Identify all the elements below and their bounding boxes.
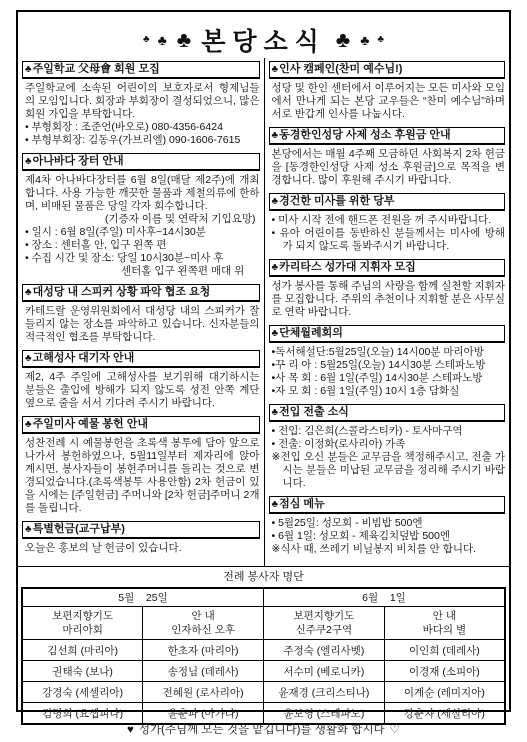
body-line: •독서해설단:5월25일(오늘) 14시00분 마리아방 — [272, 346, 506, 359]
roster-col-header: 보편지향기도 마리아회 — [22, 607, 143, 640]
table-row: 김명희 (요셉피나) 윤춘파 (아가다) 윤보영 (스테파노) 강춘자 (세실리… — [22, 703, 505, 725]
heart-outline-icon: ♡ — [390, 724, 400, 736]
section-title: ♣경건한 미사를 위한 당부 — [269, 193, 506, 211]
body-line: •꾸 리 아 : 5월25일(오늘) 14시30분 스테파노방 — [272, 359, 506, 372]
body-line: • 5월25일: 성모회 - 비빔밥 500엔 — [272, 517, 506, 530]
roster-name: 강경숙 (세셀리아) — [22, 682, 143, 703]
body-line: ※식사 때, 쓰레기 비닐봉지 비치를 안 합니다. — [272, 543, 506, 556]
roster-table: 5월 25일 6월 1일 보편지향기도 마리아회 안 내 인자하신 오후 보편지… — [21, 587, 506, 725]
columns: ♣주일학교 父母會 회원 모집 주일학교에 소속된 어린이의 보호자로서 형제님… — [18, 58, 509, 567]
body-line: • 부형회장 : 조준언(바오로) 080-4356-6424 — [25, 121, 260, 134]
club-icon: ♣ — [25, 287, 32, 298]
club-icon: ♣ — [272, 64, 279, 75]
club-icon: ♣ — [25, 64, 32, 75]
right-column: ♣인사 캠페인(찬미 예수님!) 성당 및 한인 센터에서 이루어지는 모든 미… — [264, 58, 510, 566]
section-body: 성찬전례 시 예물봉헌을 초록색 봉투에 담아 앞으로 나가서 봉헌하였으나, … — [22, 434, 260, 515]
body-line: 제4차 아나바다장터를 6월 8일(매달 제2주)에 개최합니다. 사용 가능한… — [25, 174, 260, 213]
section-body: • 미사 시작 전에 핸드폰 전원을 꺼 주시바랍니다. • 유아 어린이를 동… — [269, 211, 506, 253]
section-offering-procedure: ♣주일미사 예물 봉헌 안내 성찬전례 시 예물봉헌을 초록색 봉투에 담아 앞… — [22, 416, 260, 515]
section-flea-market: ♣아나바다 장터 안내 제4차 아나바다장터를 6월 8일(매달 제2주)에 개… — [22, 153, 260, 278]
roster-name: 윤보영 (스테파노) — [264, 703, 385, 725]
section-title-text: 고해성사 대기자 안내 — [33, 352, 135, 364]
club-icon: ♣ — [177, 29, 191, 51]
section-confession-queue: ♣고해성사 대기자 안내 제2, 4주 주일에 고해성사를 보기위해 대기하시는… — [22, 350, 260, 410]
roster-name: 강춘자 (세실리아) — [384, 703, 505, 725]
footer: ♥성가(주님께 모든 것을 맡깁니다)를 생활화 합시다♡ — [0, 722, 527, 738]
roster-name: 권태숙 (보나) — [22, 661, 143, 682]
section-title: ♣전입 전출 소식 — [269, 404, 506, 422]
section-title-text: 특별헌금(교구납부) — [33, 523, 125, 535]
roster-date-jun1: 6월 1일 — [264, 588, 506, 607]
club-icon: ♣ — [272, 328, 279, 339]
section-title-text: 전입 전출 소식 — [279, 406, 349, 418]
left-column: ♣주일학교 父母會 회원 모집 주일학교에 소속된 어린이의 보호자로서 형제님… — [18, 58, 264, 566]
body-line: 카테드랄 운영위원회에서 대성당 내의 스피커가 잘 들리지 않는 장소를 파악… — [25, 305, 260, 344]
body-line: • 장소 : 센터홀 안, 입구 왼쪽 편 — [25, 239, 260, 252]
masthead: ♣♣♣본당소식♣♣♣ — [18, 12, 509, 58]
roster-area: 전례 봉사자 명단 5월 25일 6월 1일 보편지향기도 마리아회 안 내 인… — [18, 567, 509, 725]
section-body: •독서해설단:5월25일(오늘) 14시00분 마리아방 •꾸 리 아 : 5월… — [269, 343, 506, 398]
section-title: ♣점심 메뉴 — [269, 496, 506, 514]
section-body: • 전입: 김은희(스콜라스티카) - 토사마구역 • 전출: 이정화(로사리아… — [269, 422, 506, 490]
section-monthly-meetings: ♣단체월례회의 •독서해설단:5월25일(오늘) 14시00분 마리아방 •꾸 … — [269, 325, 506, 398]
body-line: 성찬전례 시 예물봉헌을 초록색 봉투에 담아 앞으로 나가서 봉헌하였으나, … — [25, 437, 260, 515]
section-title-text: 단체월례회의 — [279, 327, 343, 339]
roster-name: 이계순 (레미지아) — [384, 682, 505, 703]
page-frame: ♣♣♣본당소식♣♣♣ ♣주일학교 父母會 회원 모집 주일학교에 소속된 어린이… — [16, 10, 511, 712]
roster-name: 김선희 (마리아) — [22, 640, 143, 661]
section-body: 성당 및 한인 센터에서 이루어지는 모든 미사와 모임에서 만나게 되는 본당… — [269, 79, 506, 121]
section-parents-assoc: ♣주일학교 父母會 회원 모집 주일학교에 소속된 어린이의 보호자로서 형제님… — [22, 61, 260, 147]
section-lunch-menu: ♣점심 메뉴 • 5월25일: 성모회 - 비빔밥 500엔 • 6월 1일: … — [269, 496, 506, 556]
club-icon: ♣ — [272, 262, 279, 273]
body-line: 본당에서는 매월 4주째 모금하던 사회복지 2차 헌금을 [동경한인성당 사제… — [272, 148, 506, 187]
body-line: • 유아 어린이를 동반하신 분들께서는 미사에 방해가 되지 않도록 돌봐주시… — [272, 227, 506, 253]
section-reverent-mass: ♣경건한 미사를 위한 당부 • 미사 시작 전에 핸드폰 전원을 꺼 주시바랍… — [269, 193, 506, 253]
club-icon: ♣ — [377, 35, 384, 45]
section-special-offering: ♣특별헌금(교구납부) 오늘은 홍보의 날 헌금이 있습니다. — [22, 521, 260, 555]
club-icon: ♣ — [25, 524, 32, 535]
section-greeting-campaign: ♣인사 캠페인(찬미 예수님!) 성당 및 한인 센터에서 이루어지는 모든 미… — [269, 61, 506, 121]
section-title: ♣인사 캠페인(찬미 예수님!) — [269, 61, 506, 79]
section-title-text: 주일미사 예물 봉헌 안내 — [33, 418, 148, 430]
club-icon: ♣ — [143, 35, 150, 45]
body-line: • 미사 시작 전에 핸드폰 전원을 꺼 주시바랍니다. — [272, 214, 506, 227]
body-line: •사 목 회 : 6월 1일(주일) 14시30분 스테파노방 — [272, 372, 506, 385]
roster-col-header: 안 내 바다의 별 — [384, 607, 505, 640]
section-title: ♣아나바다 장터 안내 — [22, 153, 260, 171]
section-title-text: 점심 메뉴 — [279, 498, 325, 510]
roster-name: 김명희 (요셉피나) — [22, 703, 143, 725]
club-icon: ♣ — [272, 196, 279, 207]
body-line: 센터홀 입구 왼쪽편 매대 위 — [25, 265, 260, 278]
roster-col-header: 보편지향기도 신주쿠2구역 — [264, 607, 385, 640]
body-line: (기증자 이름 및 연락처 기입요망) — [25, 213, 260, 226]
section-title: ♣동경한인성당 사제 성소 후원금 안내 — [269, 127, 506, 145]
section-title: ♣단체월례회의 — [269, 325, 506, 343]
section-title-text: 경건한 미사를 위한 당부 — [279, 195, 394, 207]
body-line: •자 모 회 : 6월 1일(주일) 10시 1층 담화실 — [272, 385, 506, 398]
section-body: 카테드랄 운영위원회에서 대성당 내의 스피커가 잘 들리지 않는 장소를 파악… — [22, 302, 260, 344]
section-body: • 5월25일: 성모회 - 비빔밥 500엔 • 6월 1일: 성모회 - 제… — [269, 514, 506, 556]
body-line: 성가 봉사를 통해 주님의 사랑을 함께 실천할 지휘자를 모집합니다. 주위의… — [272, 280, 506, 319]
club-icon: ♣ — [360, 33, 369, 47]
body-line: • 부형부회장: 김동우(가브리엘) 090-1606-7615 — [25, 134, 260, 147]
body-line: 오늘은 홍보의 날 헌금이 있습니다. — [25, 542, 260, 555]
club-icon: ♣ — [336, 29, 350, 51]
footer-text: 성가(주님께 모든 것을 맡깁니다)를 생활화 합시다 — [139, 724, 385, 736]
body-line: • 전출: 이정화(로사리아) 가족 — [272, 438, 506, 451]
body-line: • 수집 시간 및 장소: 당일 10시30분~미사 후 — [25, 252, 260, 265]
roster-name: 송정님 (데레사) — [143, 661, 264, 682]
table-row: 김선희 (마리아) 한초자 (마리아) 주정숙 (엘리사벳) 이인희 (데레사) — [22, 640, 505, 661]
body-line: 성당 및 한인 센터에서 이루어지는 모든 미사와 모임에서 만나게 되는 본당… — [272, 82, 506, 121]
roster-header-row: 보편지향기도 마리아회 안 내 인자하신 오후 보편지향기도 신주쿠2구역 안 … — [22, 607, 505, 640]
body-line: • 6월 1일: 성모회 - 제육김치덮밥 500엔 — [272, 530, 506, 543]
body-line: ※전입 오신 분들은 교무금을 책정해주시고, 전출 가시는 분들은 미납된 교… — [272, 451, 506, 490]
roster-name: 이경재 (소피아) — [384, 661, 505, 682]
body-line: • 전입: 김은희(스콜라스티카) - 토사마구역 — [272, 425, 506, 438]
club-icon: ♣ — [158, 33, 167, 47]
club-icon: ♣ — [272, 407, 279, 418]
section-title: ♣특별헌금(교구납부) — [22, 521, 260, 539]
section-body: 성가 봉사를 통해 주님의 사랑을 함께 실천할 지휘자를 모집합니다. 주위의… — [269, 277, 506, 319]
section-moving-news: ♣전입 전출 소식 • 전입: 김은희(스콜라스티카) - 토사마구역 • 전출… — [269, 404, 506, 490]
club-icon: ♣ — [25, 156, 32, 167]
roster-date-may25: 5월 25일 — [22, 588, 264, 607]
section-title: ♣카리타스 성가대 지휘자 모집 — [269, 259, 506, 277]
section-title-text: 아나바다 장터 안내 — [33, 155, 124, 167]
club-icon: ♣ — [272, 130, 279, 141]
section-title: ♣주일학교 父母會 회원 모집 — [22, 61, 260, 79]
roster-name: 전혜원 (로사리아) — [143, 682, 264, 703]
roster-name: 윤춘파 (아가다) — [143, 703, 264, 725]
roster-date-row: 5월 25일 6월 1일 — [22, 588, 505, 607]
roster-heading: 전례 봉사자 명단 — [21, 569, 506, 586]
section-body: 제2, 4주 주일에 고해성사를 보기위해 대기하시는 분들은 출입에 방해가 … — [22, 368, 260, 410]
section-title-text: 인사 캠페인(찬미 예수님!) — [279, 63, 402, 75]
roster-name: 주정숙 (엘리사벳) — [264, 640, 385, 661]
section-title-text: 대성당 내 스피커 상황 파악 협조 요청 — [33, 286, 211, 298]
heart-filled-icon: ♥ — [127, 724, 134, 736]
section-body: 오늘은 홍보의 날 헌금이 있습니다. — [22, 539, 260, 555]
section-title-text: 카리타스 성가대 지휘자 모집 — [279, 261, 416, 273]
club-icon: ♣ — [272, 499, 279, 510]
section-title-text: 동경한인성당 사제 성소 후원금 안내 — [279, 129, 451, 141]
section-body: 본당에서는 매월 4주째 모금하던 사회복지 2차 헌금을 [동경한인성당 사제… — [269, 145, 506, 187]
table-row: 권태숙 (보나) 송정님 (데레사) 서수미 (베로니카) 이경재 (소피아) — [22, 661, 505, 682]
roster-name: 한초자 (마리아) — [143, 640, 264, 661]
body-line: 주일학교에 소속된 어린이의 보호자로서 형제님들의 모임입니다. 회장과 부회… — [25, 82, 260, 121]
body-line: 제2, 4주 주일에 고해성사를 보기위해 대기하시는 분들은 출입에 방해가 … — [25, 371, 260, 410]
section-title: ♣고해성사 대기자 안내 — [22, 350, 260, 368]
roster-name: 이인희 (데레사) — [384, 640, 505, 661]
section-title-text: 주일학교 父母會 회원 모집 — [33, 63, 160, 75]
club-icon: ♣ — [25, 353, 32, 364]
newsletter-page: ♣♣♣본당소식♣♣♣ ♣주일학교 父母會 회원 모집 주일학교에 소속된 어린이… — [0, 0, 527, 742]
roster-name: 서수미 (베로니카) — [264, 661, 385, 682]
section-body: 주일학교에 소속된 어린이의 보호자로서 형제님들의 모임입니다. 회장과 부회… — [22, 79, 260, 147]
section-title: ♣대성당 내 스피커 상황 파악 협조 요청 — [22, 284, 260, 302]
section-body: 제4차 아나바다장터를 6월 8일(매달 제2주)에 개최합니다. 사용 가능한… — [22, 171, 260, 278]
body-line: • 일시 : 6월 8일(주일) 미사후~14시30분 — [25, 226, 260, 239]
section-speaker-survey: ♣대성당 내 스피커 상황 파악 협조 요청 카테드랄 운영위원회에서 대성당 … — [22, 284, 260, 344]
roster-name: 윤재경 (크리스티나) — [264, 682, 385, 703]
table-row: 강경숙 (세셀리아) 전혜원 (로사리아) 윤재경 (크리스티나) 이계순 (레… — [22, 682, 505, 703]
section-title: ♣주일미사 예물 봉헌 안내 — [22, 416, 260, 434]
roster-col-header: 안 내 인자하신 오후 — [143, 607, 264, 640]
page-title: 본당소식 — [201, 22, 326, 58]
section-vocation-fund: ♣동경한인성당 사제 성소 후원금 안내 본당에서는 매월 4주째 모금하던 사… — [269, 127, 506, 187]
club-icon: ♣ — [25, 419, 32, 430]
section-choir-conductor: ♣카리타스 성가대 지휘자 모집 성가 봉사를 통해 주님의 사랑을 함께 실천… — [269, 259, 506, 319]
